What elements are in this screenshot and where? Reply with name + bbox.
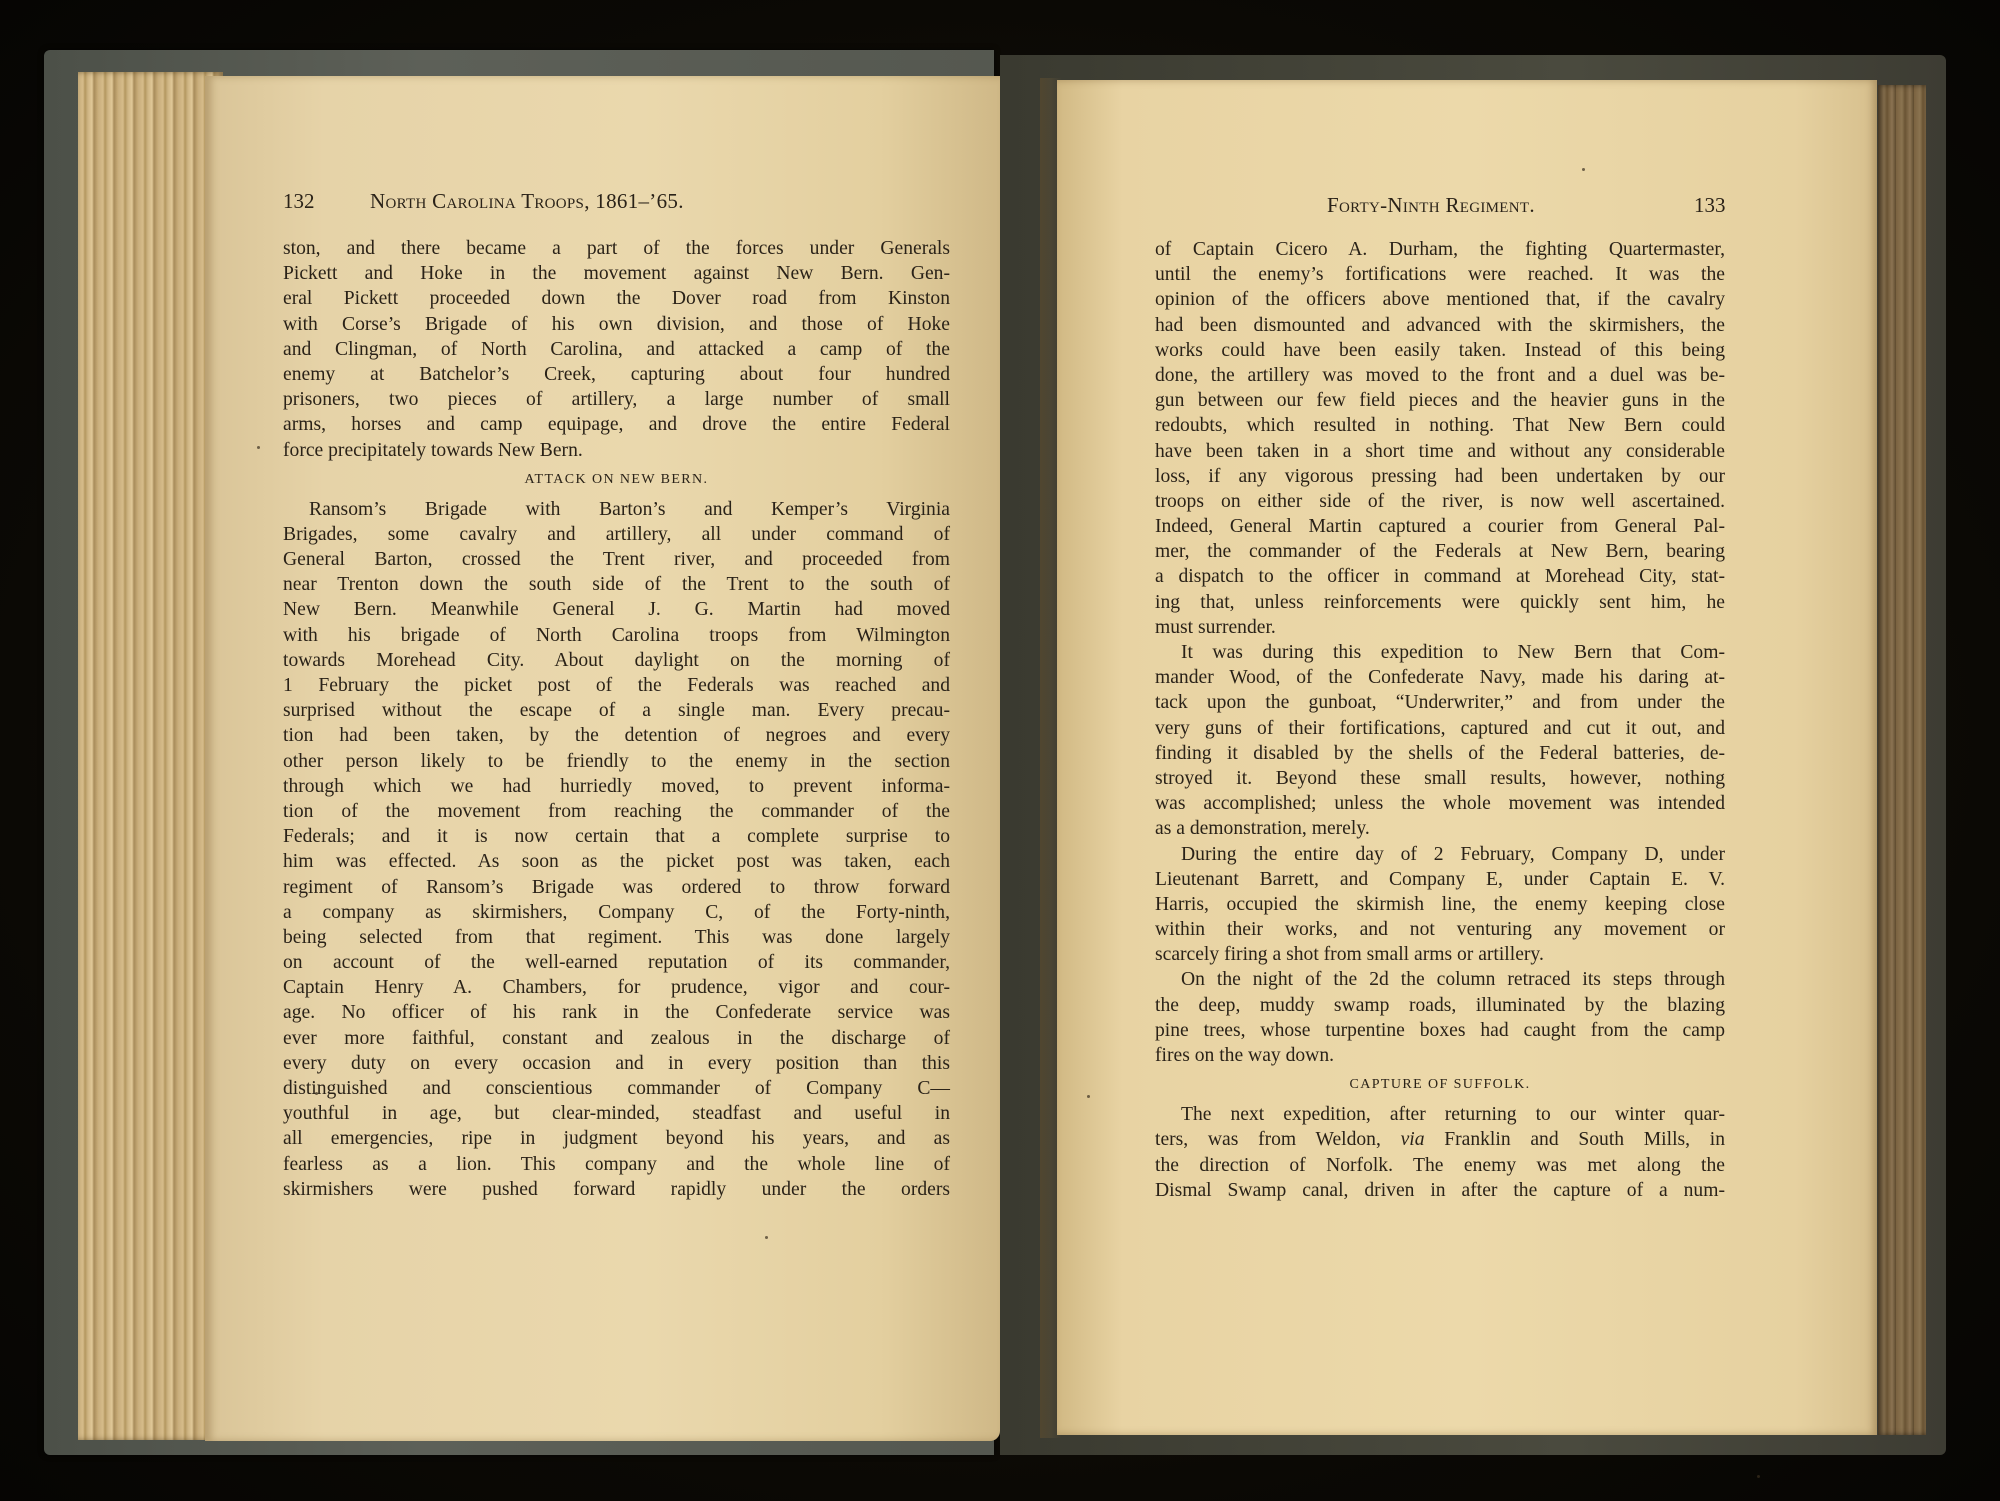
text-line: finding it disabled by the shells of the…: [1155, 741, 1725, 766]
text-line: Brigades, some cavalry and artillery, al…: [283, 522, 950, 547]
text-line: ing that, unless reinforcements were qui…: [1155, 590, 1725, 615]
text-line: mander Wood, of the Confederate Navy, ma…: [1155, 665, 1725, 690]
text-line: regiment of Ransom’s Brigade was ordered…: [283, 875, 950, 900]
left-page: 132 North Carolina Troops, 1861–’65. sto…: [205, 76, 1000, 1441]
running-head: Forty-Ninth Regiment.: [1327, 193, 1535, 218]
text-line: had been dismounted and advanced with th…: [1155, 313, 1725, 338]
text-line: ters, was from Weldon, via Franklin and …: [1155, 1127, 1725, 1152]
text-line: 1 February the picket post of the Federa…: [283, 673, 950, 698]
text-line: until the enemy’s fortifications were re…: [1155, 262, 1725, 287]
text-line: redoubts, which resulted in nothing. Tha…: [1155, 413, 1725, 438]
text-line: near Trenton down the south side of the …: [283, 572, 950, 597]
text-line: troops on either side of the river, is n…: [1155, 489, 1725, 514]
text-line: with his brigade of North Carolina troop…: [283, 623, 950, 648]
text-line: During the entire day of 2 February, Com…: [1155, 842, 1725, 867]
text-line: ever more faithful, constant and zealous…: [283, 1026, 950, 1051]
page-number: 133: [1694, 193, 1726, 218]
text-line: pine trees, whose turpentine boxes had c…: [1155, 1018, 1725, 1043]
text-line: scarcely firing a shot from small arms o…: [1155, 942, 1725, 967]
text-line: have been taken in a short time and with…: [1155, 439, 1725, 464]
text-line: him was effected. As soon as the picket …: [283, 849, 950, 874]
text-line: must surrender.: [1155, 615, 1725, 640]
text-line: gun between our few field pieces and the…: [1155, 388, 1725, 413]
text-line: every duty on every occasion and in ever…: [283, 1051, 950, 1076]
text-line: towards Morehead City. About daylight on…: [283, 648, 950, 673]
text-line: New Bern. Meanwhile General J. G. Martin…: [283, 597, 950, 622]
text-line: tack upon the gunboat, “Underwriter,” an…: [1155, 690, 1725, 715]
text-line: eral Pickett proceeded down the Dover ro…: [283, 286, 950, 311]
text-line: with Corse’s Brigade of his own division…: [283, 312, 950, 337]
paper-speck: [315, 1092, 318, 1095]
text-line: tion had been taken, by the detention of…: [283, 723, 950, 748]
text-line: the deep, muddy swamp roads, illuminated…: [1155, 993, 1725, 1018]
text-line: of Captain Cicero A. Durham, the fightin…: [1155, 237, 1725, 262]
paper-speck: [765, 1236, 768, 1239]
text-line: the direction of Norfolk. The enemy was …: [1155, 1153, 1725, 1178]
text-line: opinion of the officers above mentioned …: [1155, 287, 1725, 312]
text-line: all emergencies, ripe in judgment beyond…: [283, 1126, 950, 1151]
text-line: age. No officer of his rank in the Confe…: [283, 1000, 950, 1025]
text-line: tion of the movement from reaching the c…: [283, 799, 950, 824]
text-line: other person likely to be friendly to th…: [283, 749, 950, 774]
text-line: It was during this expedition to New Ber…: [1155, 640, 1725, 665]
page-stack-right: [1878, 85, 1926, 1435]
scanned-book-spread: 132 North Carolina Troops, 1861–’65. sto…: [0, 0, 2000, 1501]
page-number: 132: [283, 189, 315, 214]
body-text: ston, and there became a part of the for…: [283, 236, 950, 1202]
text-line: General Barton, crossed the Trent river,…: [283, 547, 950, 572]
paper-speck: [257, 446, 260, 449]
text-line: Ransom’s Brigade with Barton’s and Kempe…: [283, 497, 950, 522]
text-line: The next expedition, after returning to …: [1155, 1102, 1725, 1127]
text-line: arms, horses and camp equipage, and drov…: [283, 412, 950, 437]
text-line: very guns of their fortifications, captu…: [1155, 716, 1725, 741]
text-line: Pickett and Hoke in the movement against…: [283, 261, 950, 286]
body-text: of Captain Cicero A. Durham, the fightin…: [1155, 237, 1725, 1203]
text-line: within their works, and not venturing an…: [1155, 917, 1725, 942]
text-line: was accomplished; unless the whole movem…: [1155, 791, 1725, 816]
text-line: on account of the well-earned reputation…: [283, 950, 950, 975]
text-line: mer, the commander of the Federals at Ne…: [1155, 539, 1725, 564]
running-head: North Carolina Troops, 1861–’65.: [370, 189, 684, 214]
text-line: Lieutenant Barrett, and Company E, under…: [1155, 867, 1725, 892]
page-stack-left: [78, 72, 223, 1440]
text-line: stroyed it. Beyond these small results, …: [1155, 766, 1725, 791]
text-line: loss, if any vigorous pressing had been …: [1155, 464, 1725, 489]
section-heading: ATTACK ON NEW BERN.: [283, 463, 950, 497]
text-line: through which we had hurriedly moved, to…: [283, 774, 950, 799]
text-line: Harris, occupied the skirmish line, the …: [1155, 892, 1725, 917]
paper-speck: [1582, 168, 1585, 171]
text-line: done, the artillery was moved to the fro…: [1155, 363, 1725, 388]
text-line: as a demonstration, merely.: [1155, 816, 1725, 841]
text-line: distinguished and conscientious commande…: [283, 1076, 950, 1101]
section-heading: CAPTURE OF SUFFOLK.: [1155, 1068, 1725, 1102]
text-line: youthful in age, but clear-minded, stead…: [283, 1101, 950, 1126]
text-line: Captain Henry A. Chambers, for prudence,…: [283, 975, 950, 1000]
paper-speck: [1087, 1095, 1090, 1098]
text-line: and Clingman, of North Carolina, and att…: [283, 337, 950, 362]
text-line: prisoners, two pieces of artillery, a la…: [283, 387, 950, 412]
text-line: being selected from that regiment. This …: [283, 925, 950, 950]
text-line: fearless as a lion. This company and the…: [283, 1152, 950, 1177]
text-line: surprised without the escape of a single…: [283, 698, 950, 723]
italic-word: via: [1401, 1129, 1425, 1150]
text-line: Federals; and it is now certain that a c…: [283, 824, 950, 849]
text-line: works could have been easily taken. Inst…: [1155, 338, 1725, 363]
text-line: enemy at Batchelor’s Creek, capturing ab…: [283, 362, 950, 387]
text-line: force precipitately towards New Bern.: [283, 438, 950, 463]
paper-speck: [1757, 1475, 1760, 1478]
text-line: a dispatch to the officer in command at …: [1155, 564, 1725, 589]
text-line: Indeed, General Martin captured a courie…: [1155, 514, 1725, 539]
text-line: a company as skirmishers, Company C, of …: [283, 900, 950, 925]
text-line: ston, and there became a part of the for…: [283, 236, 950, 261]
text-line: Dismal Swamp canal, driven in after the …: [1155, 1178, 1725, 1203]
right-page: Forty-Ninth Regiment. 133 of Captain Cic…: [1057, 80, 1877, 1435]
text-line: fires on the way down.: [1155, 1043, 1725, 1068]
text-line: skirmishers were pushed forward rapidly …: [283, 1177, 950, 1202]
text-line: On the night of the 2d the column retrac…: [1155, 967, 1725, 992]
